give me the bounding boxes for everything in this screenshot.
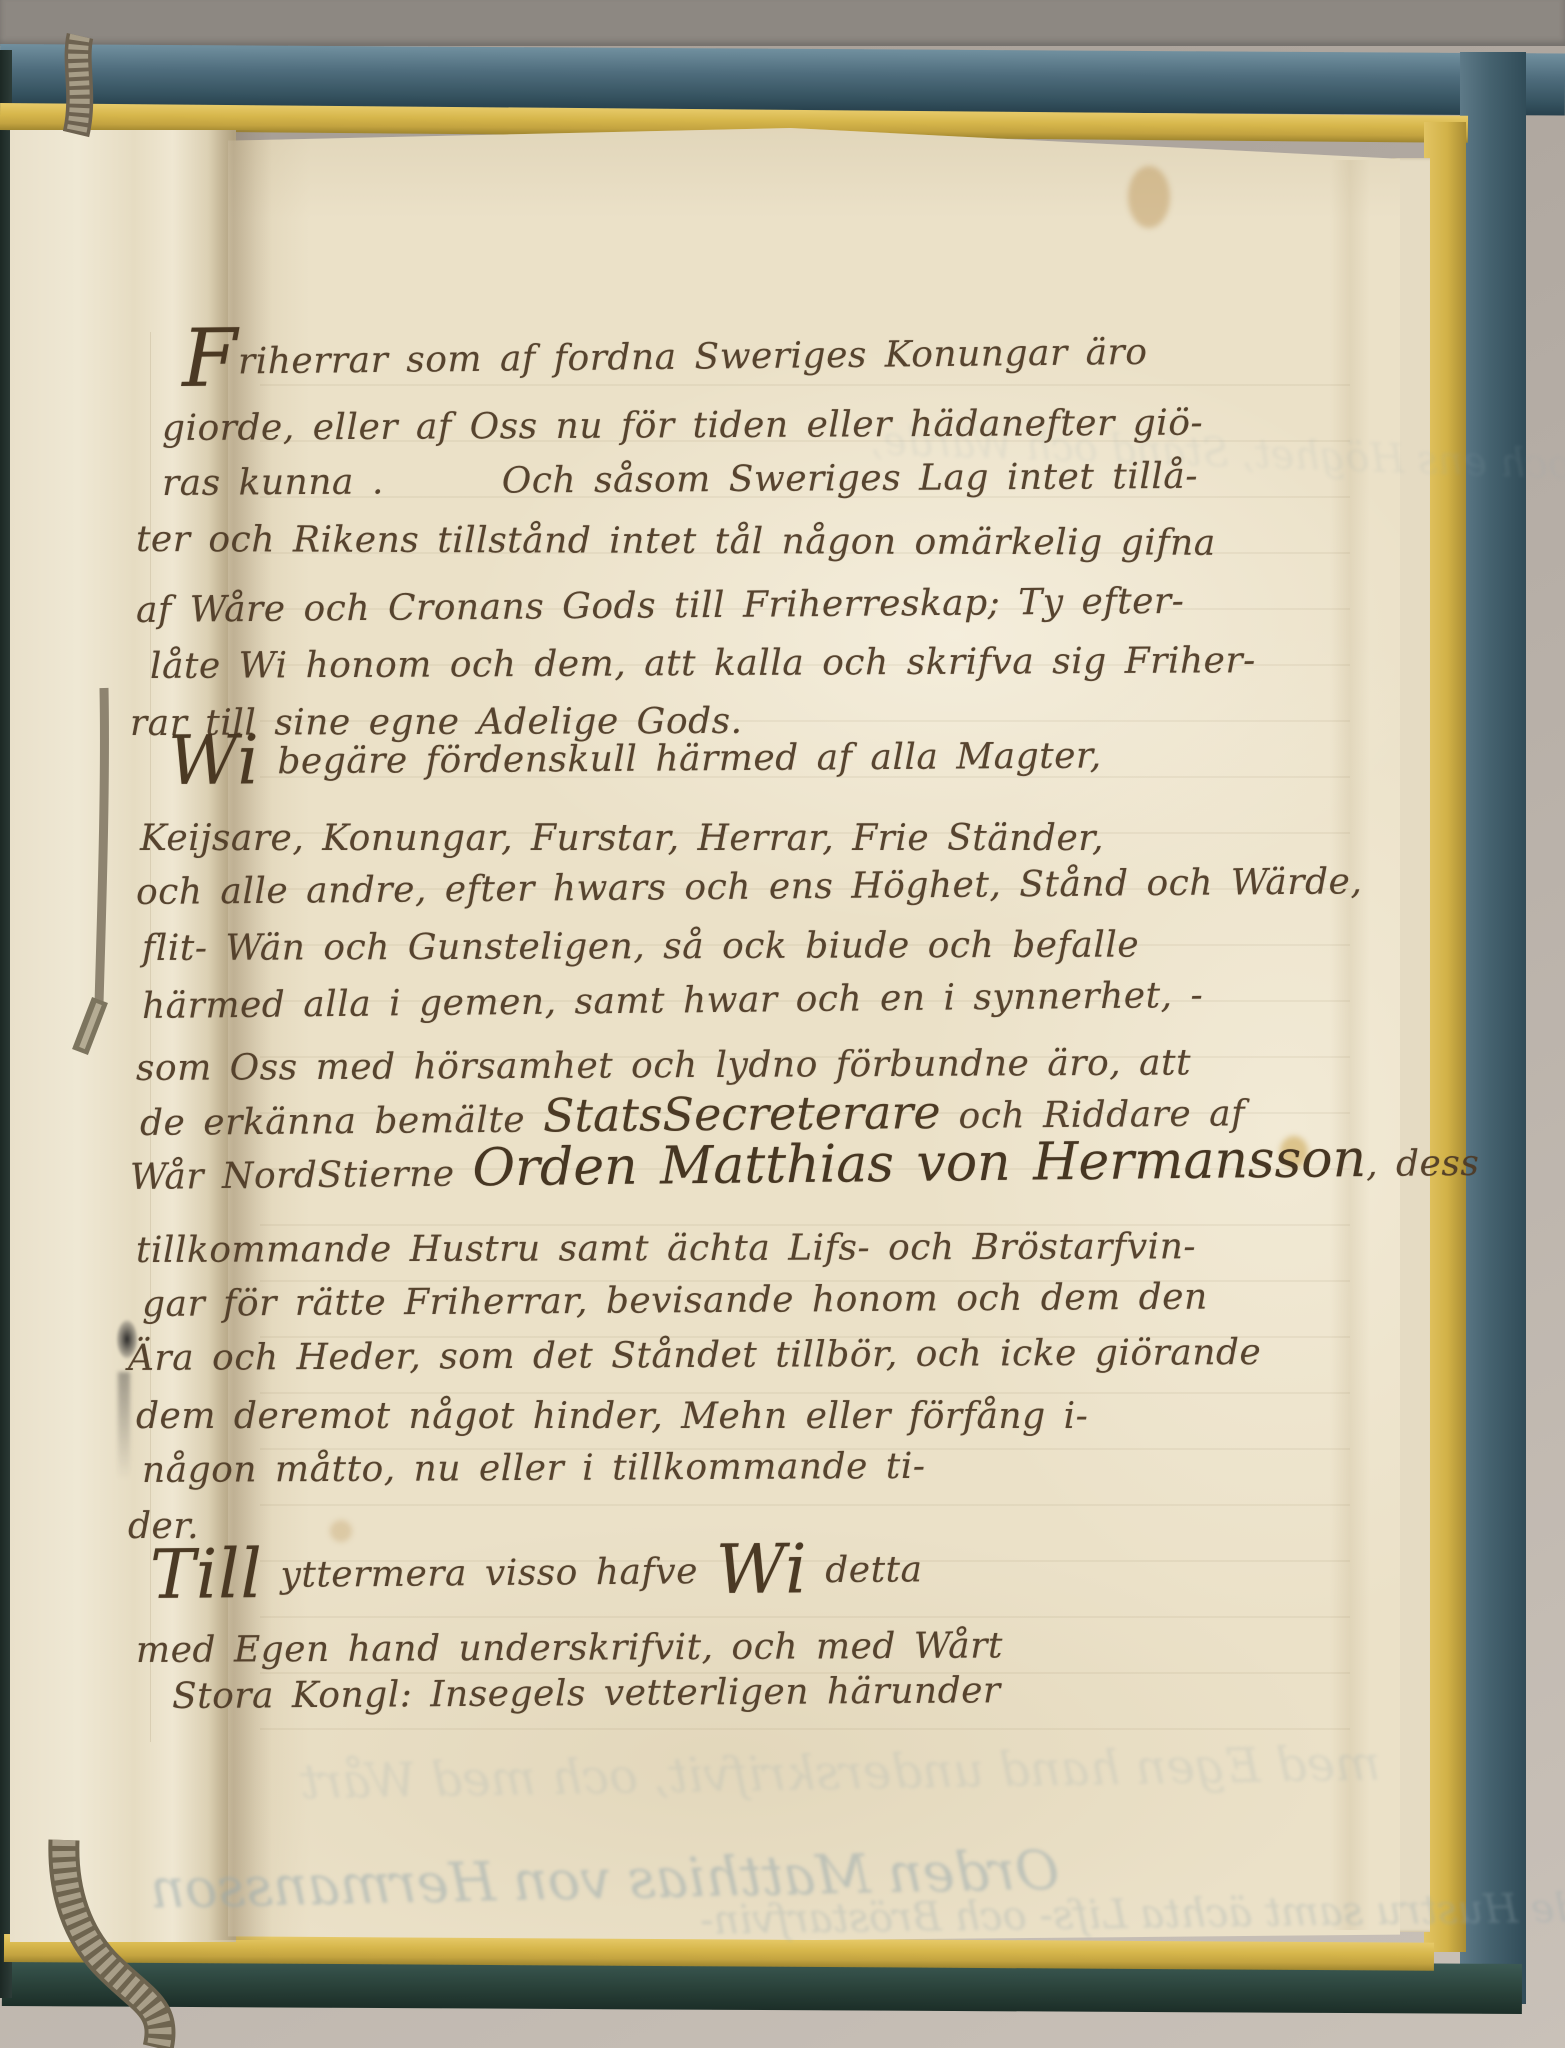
manuscript-line: ras kunna .Och såsom Sweriges Lag intet … [162,456,1198,504]
manuscript-line: Ära och Heder, som det Ståndet tillbör, … [128,1332,1262,1379]
line-text: Ära och Heder, som det Ståndet tillbör, … [128,1332,1262,1379]
manuscript-line: ter och Rikens tillstånd intet tål någon… [136,519,1216,564]
manuscript-line: giorde, eller af Oss nu för tiden eller … [162,403,1203,449]
flourished-initial: Wi [168,721,260,801]
line-text: Stora Kongl: Insegels vetterligen härund… [172,1670,1001,1717]
manuscript-line: Wi begäre fördenskull härmed af alla Mag… [168,735,1102,783]
flourished-initial: Till [150,1535,263,1615]
line-text: flit- Wän och Gunsteligen, så ock biude … [142,925,1139,969]
manuscript-line: Keijsare, Konungar, Furstar, Herrar, Fri… [140,818,1104,859]
line-text: gar för rätte Friherrar, bevisande honom… [142,1277,1208,1325]
line-text: ras kunna . [162,461,384,504]
manuscript-line: Stora Kongl: Insegels vetterligen härund… [172,1670,1001,1717]
line-text: som Oss med hörsamhet och lydno förbundn… [136,1042,1191,1089]
line-text: begäre fördenskull härmed af alla Magter… [259,735,1101,782]
manuscript-line: med Egen hand underskrifvit, och med Wår… [136,1625,1003,1671]
line-text: yttermera visso hafve [262,1551,716,1596]
scanner-background-strip [0,0,1565,46]
manuscript-line: dem deremot något hinder, Mehn eller för… [136,1396,1088,1437]
stain-spot [330,1520,352,1542]
manuscript-line: flit- Wän och Gunsteligen, så ock biude … [142,925,1139,969]
line-text: med Egen hand underskrifvit, och med Wår… [136,1625,1003,1671]
line-text: tillkommande Hustru samt ächta Lifs- och… [136,1226,1196,1271]
manuscript-line: låte Wi honom och dem, att kalla och skr… [150,640,1256,687]
line-text: giorde, eller af Oss nu för tiden eller … [162,403,1203,449]
manuscript-line: som Oss med hörsamhet och lydno förbundn… [136,1042,1191,1089]
manuscript-line: någon måtto, nu eller i tillkommande ti- [142,1446,926,1491]
manuscript-line: Till yttermera visso hafve Wi detta [150,1549,923,1597]
silk-edge-right [1424,122,1466,1952]
name-matthias-von-hermansson: Orden Matthias von Hermansson [472,1129,1366,1198]
flourished-word: Wi [716,1530,808,1610]
line-text: Keijsare, Konungar, Furstar, Herrar, Fri… [140,818,1104,859]
line-text: dem deremot något hinder, Mehn eller för… [136,1396,1088,1437]
ink-smudge-tail [118,1372,130,1492]
line-text: Wår NordStierne [130,1153,473,1198]
stain-spot [1128,166,1170,228]
line-text: ter och Rikens tillstånd intet tål någon… [136,519,1216,564]
manuscript-line: gar för rätte Friherrar, bevisande honom… [142,1277,1208,1325]
scanned-manuscript-page: och alle andre, efter hwars och ens Högh… [0,0,1565,2048]
manuscript-line: tillkommande Hustru samt ächta Lifs- och… [136,1226,1196,1271]
line-text: någon måtto, nu eller i tillkommande ti- [142,1446,926,1491]
line-text: Och såsom Sweriges Lag intet tillå- [502,456,1198,502]
line-text: detta [807,1549,923,1591]
line-text: , dess [1366,1143,1480,1185]
line-text: låte Wi honom och dem, att kalla och skr… [150,640,1256,687]
velvet-cover-right-edge [1460,52,1526,2004]
flourished-initial: F [181,311,238,405]
